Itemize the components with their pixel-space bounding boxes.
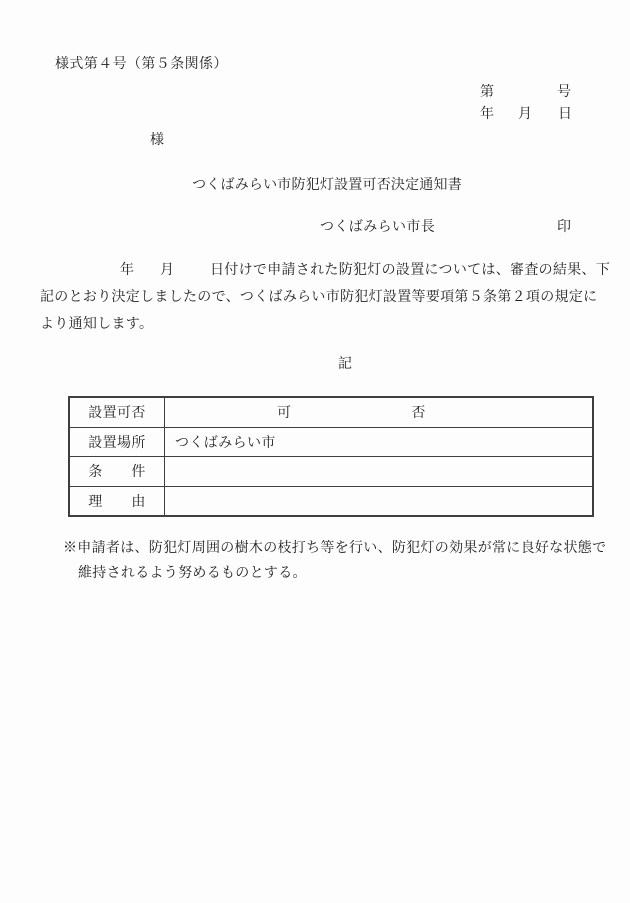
approval-option-hi: 否 <box>411 402 425 422</box>
addressee-honorific: 様 <box>150 133 164 149</box>
doc-number-suffix: 号 <box>557 85 571 101</box>
form-number: 様式第４号（第５条関係） <box>55 57 228 73</box>
table-row-location: 設置場所 つくばみらい市 <box>70 428 592 458</box>
row-label-reason: 理 由 <box>70 487 165 516</box>
date-day-label: 日 <box>558 107 572 123</box>
row-label-conditions: 条 件 <box>70 457 165 486</box>
table-row-conditions: 条 件 <box>70 457 592 487</box>
footnote-line2: 維持されるよう努めるものとする。 <box>78 566 307 582</box>
body-inline-year: 年 <box>120 263 134 279</box>
seal-mark: 印 <box>557 220 571 236</box>
row-label-approval: 設置可否 <box>70 398 165 427</box>
location-value: つくばみらい市 <box>165 428 592 457</box>
reason-value <box>165 487 592 516</box>
row-label-location: 設置場所 <box>70 428 165 457</box>
section-heading-ki: 記 <box>338 357 352 373</box>
body-line1-rest: 日付けで申請された防犯灯の設置については、審査の結果、下 <box>210 263 610 279</box>
table-row-reason: 理 由 <box>70 487 592 516</box>
notification-document-page: 様式第４号（第５条関係） 第 号 年 月 日 様 つくばみらい市防犯灯設置可否決… <box>0 0 630 903</box>
document-title: つくばみらい市防犯灯設置可否決定通知書 <box>0 178 630 194</box>
issuer-name: つくばみらい市長 <box>320 220 435 236</box>
approval-option-ka: 可 <box>277 402 291 422</box>
body-line2: 記のとおり決定しましたので、つくばみらい市防犯灯設置等要項第５条第２項の規定に <box>40 290 597 306</box>
body-inline-month: 月 <box>160 263 174 279</box>
doc-number-prefix: 第 <box>480 85 494 101</box>
footnote-line1: ※申請者は、防犯灯周囲の樹木の枝打ち等を行い、防犯灯の効果が常に良好な状態で <box>63 541 606 557</box>
conditions-value <box>165 457 592 486</box>
body-line3: より通知します。 <box>40 317 153 333</box>
decision-table: 設置可否 可 否 設置場所 つくばみらい市 条 件 理 由 <box>68 396 594 517</box>
date-month-label: 月 <box>518 107 532 123</box>
table-row-approval: 設置可否 可 否 <box>70 398 592 428</box>
approval-options-cell: 可 否 <box>165 398 592 427</box>
date-year-label: 年 <box>480 107 494 123</box>
